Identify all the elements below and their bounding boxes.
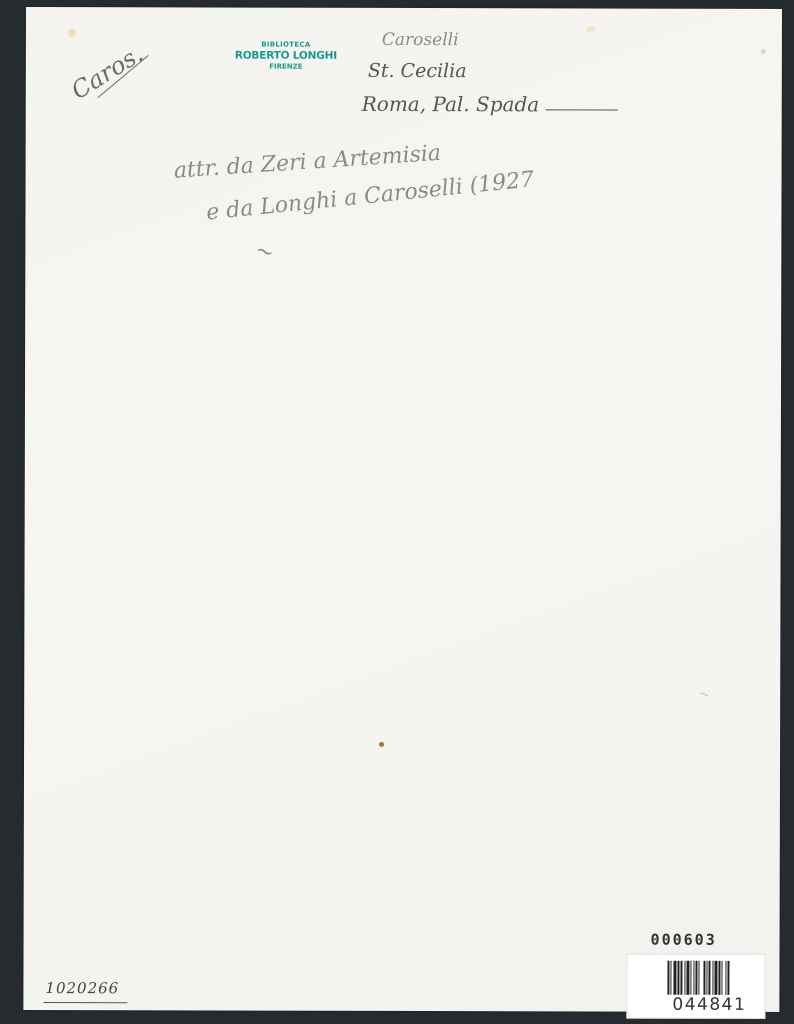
stamp-line-1: BIBLIOTECA [234, 41, 338, 49]
inventory-number: 000603 [651, 931, 717, 949]
underline [546, 109, 618, 110]
stain-dot [379, 742, 384, 747]
note-caros: Caros. [66, 40, 147, 105]
barcode-number: 044841 [672, 995, 746, 1015]
barcode-label: 044841 [626, 954, 765, 1019]
note-attribution-1: attr. da Zeri a Artemisia [173, 141, 442, 184]
stamp-line-2: ROBERTO LONGHI [234, 50, 338, 62]
photo-back-sheet: BIBLIOTECA ROBERTO LONGHI FIRENZE Caros.… [23, 7, 782, 1012]
note-subject: St. Cecilia [368, 60, 467, 82]
stamp-line-3: FIRENZE [234, 63, 338, 71]
underline [43, 1002, 127, 1004]
pencil-mark [700, 692, 708, 696]
stain [586, 26, 596, 32]
barcode [667, 961, 755, 995]
note-squiggle: ~ [252, 237, 278, 267]
library-stamp: BIBLIOTECA ROBERTO LONGHI FIRENZE [234, 41, 338, 71]
stain [761, 49, 766, 54]
note-location: Roma, Pal. Spada [362, 92, 540, 116]
barcode-bar [729, 961, 730, 995]
note-artist: Caroselli [382, 30, 459, 50]
catalog-number: 1020266 [45, 979, 119, 997]
stain [68, 29, 76, 37]
